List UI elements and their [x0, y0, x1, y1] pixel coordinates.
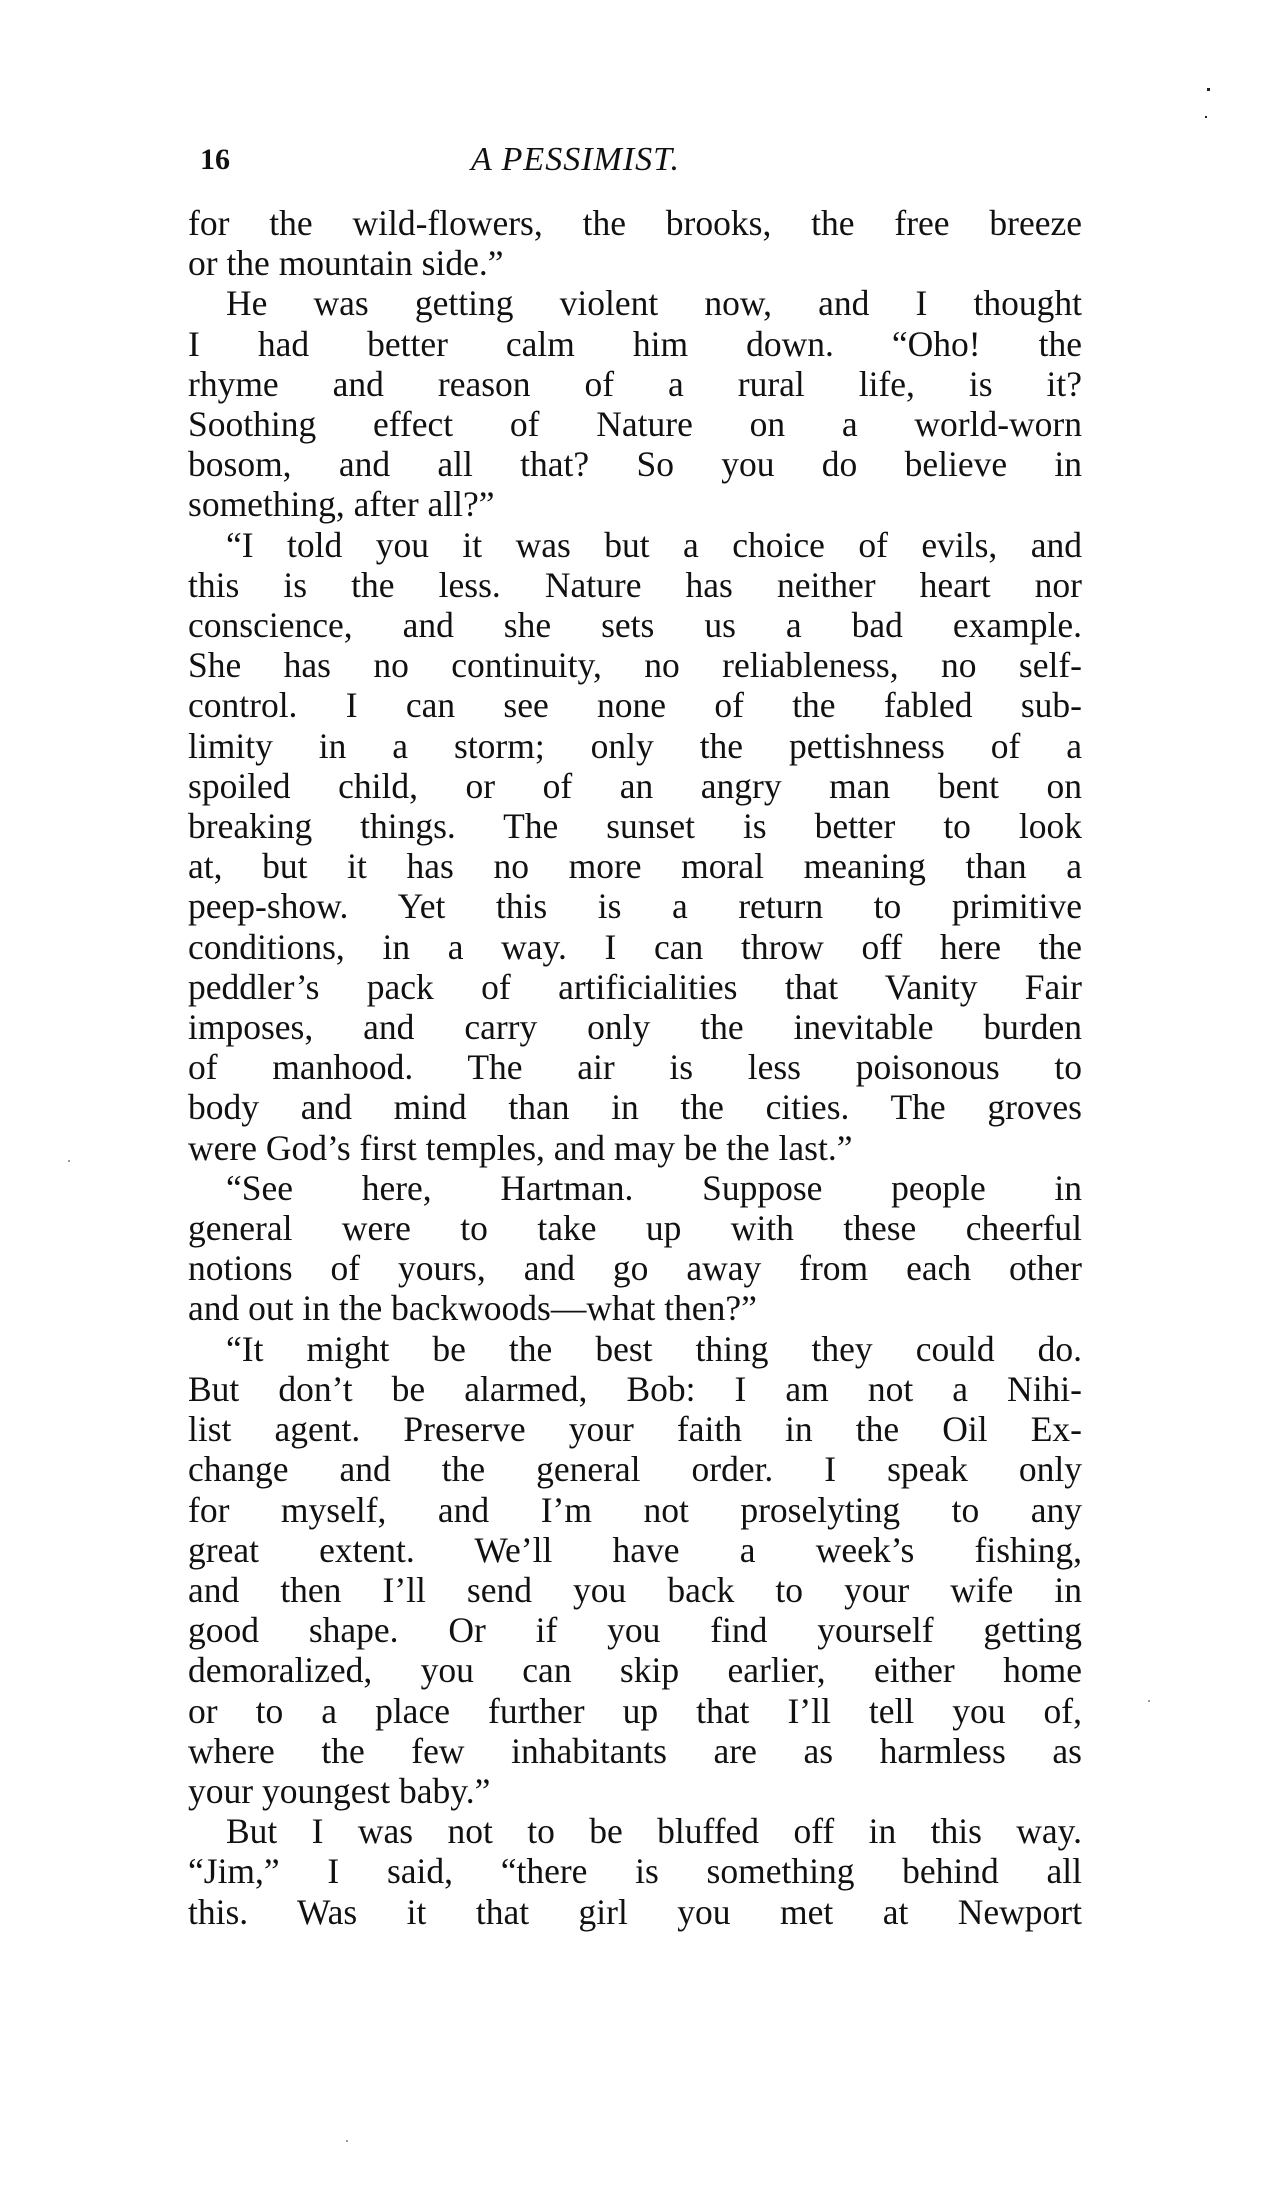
paragraph: “It might be the best thing they could d… — [188, 1329, 1082, 1811]
text-line: “It might be the best thing they could d… — [188, 1329, 1082, 1369]
text-line: general were to take up with these cheer… — [188, 1208, 1082, 1248]
text-line: conscience, and she sets us a bad exampl… — [188, 605, 1082, 645]
text-line: were God’s first temples, and may be the… — [188, 1128, 1082, 1168]
text-line: But don’t be alarmed, Bob: I am not a Ni… — [188, 1369, 1082, 1409]
text-line: this. Was it that girl you met at Newpor… — [188, 1892, 1082, 1932]
text-line: peddler’s pack of artificialities that V… — [188, 967, 1082, 1007]
running-head: 16 A PESSIMIST. — [188, 138, 1082, 182]
scan-speck — [1205, 116, 1207, 118]
text-line: demoralized, you can skip earlier, eithe… — [188, 1650, 1082, 1690]
text-line: “Jim,” I said, “there is something behin… — [188, 1851, 1082, 1891]
text-line: good shape. Or if you find yourself gett… — [188, 1610, 1082, 1650]
text-line: change and the general order. I speak on… — [188, 1449, 1082, 1489]
page-number: 16 — [200, 138, 230, 182]
text-line: “See here, Hartman. Suppose people in — [188, 1168, 1082, 1208]
text-line: imposes, and carry only the inevitable b… — [188, 1007, 1082, 1047]
text-line: conditions, in a way. I can throw off he… — [188, 927, 1082, 967]
text-line: But I was not to be bluffed off in this … — [188, 1811, 1082, 1851]
text-line: limity in a storm; only the pettishness … — [188, 726, 1082, 766]
body-text: for the wild-flowers, the brooks, the fr… — [188, 203, 1082, 1932]
text-line: your youngest baby.” — [188, 1771, 1082, 1811]
text-line: at, but it has no more moral meaning tha… — [188, 846, 1082, 886]
text-line: He was getting violent now, and I though… — [188, 283, 1082, 323]
text-line: control. I can see none of the fabled su… — [188, 685, 1082, 725]
book-page: 16 A PESSIMIST. for the wild-flowers, th… — [188, 138, 1082, 1932]
text-line: list agent. Preserve your faith in the O… — [188, 1409, 1082, 1449]
text-line: Soothing effect of Nature on a world-wor… — [188, 404, 1082, 444]
running-title: A PESSIMIST. — [471, 138, 680, 182]
text-line: peep-show. Yet this is a return to primi… — [188, 886, 1082, 926]
text-line: where the few inhabitants are as harmles… — [188, 1731, 1082, 1771]
paragraph: He was getting violent now, and I though… — [188, 283, 1082, 524]
text-line: this is the less. Nature has neither hea… — [188, 565, 1082, 605]
paragraph: “See here, Hartman. Suppose people in ge… — [188, 1168, 1082, 1329]
text-line: or to a place further up that I’ll tell … — [188, 1691, 1082, 1731]
text-line: spoiled child, or of an angry man bent o… — [188, 766, 1082, 806]
text-line: and then I’ll send you back to your wife… — [188, 1570, 1082, 1610]
scan-speck — [346, 2140, 348, 2142]
text-line: or the mountain side.” — [188, 243, 1082, 283]
text-line: for myself, and I’m not proselyting to a… — [188, 1490, 1082, 1530]
text-line: body and mind than in the cities. The gr… — [188, 1087, 1082, 1127]
scan-speck — [1148, 1700, 1150, 1702]
text-line: “I told you it was but a choice of evils… — [188, 525, 1082, 565]
text-line: and out in the backwoods—what then?” — [188, 1288, 1082, 1328]
text-line: breaking things. The sunset is better to… — [188, 806, 1082, 846]
scan-speck — [68, 1160, 70, 1162]
paragraph: for the wild-flowers, the brooks, the fr… — [188, 203, 1082, 283]
text-line: rhyme and reason of a rural life, is it? — [188, 364, 1082, 404]
paragraph: “I told you it was but a choice of evils… — [188, 525, 1082, 1168]
text-line: of manhood. The air is less poisonous to — [188, 1047, 1082, 1087]
paragraph: But I was not to be bluffed off in this … — [188, 1811, 1082, 1932]
scan-speck — [1207, 88, 1210, 91]
text-line: She has no continuity, no reliableness, … — [188, 645, 1082, 685]
text-line: great extent. We’ll have a week’s fishin… — [188, 1530, 1082, 1570]
text-line: for the wild-flowers, the brooks, the fr… — [188, 203, 1082, 243]
text-line: bosom, and all that? So you do believe i… — [188, 444, 1082, 484]
text-line: I had better calm him down. “Oho! the — [188, 324, 1082, 364]
text-line: notions of yours, and go away from each … — [188, 1248, 1082, 1288]
text-line: something, after all?” — [188, 484, 1082, 524]
